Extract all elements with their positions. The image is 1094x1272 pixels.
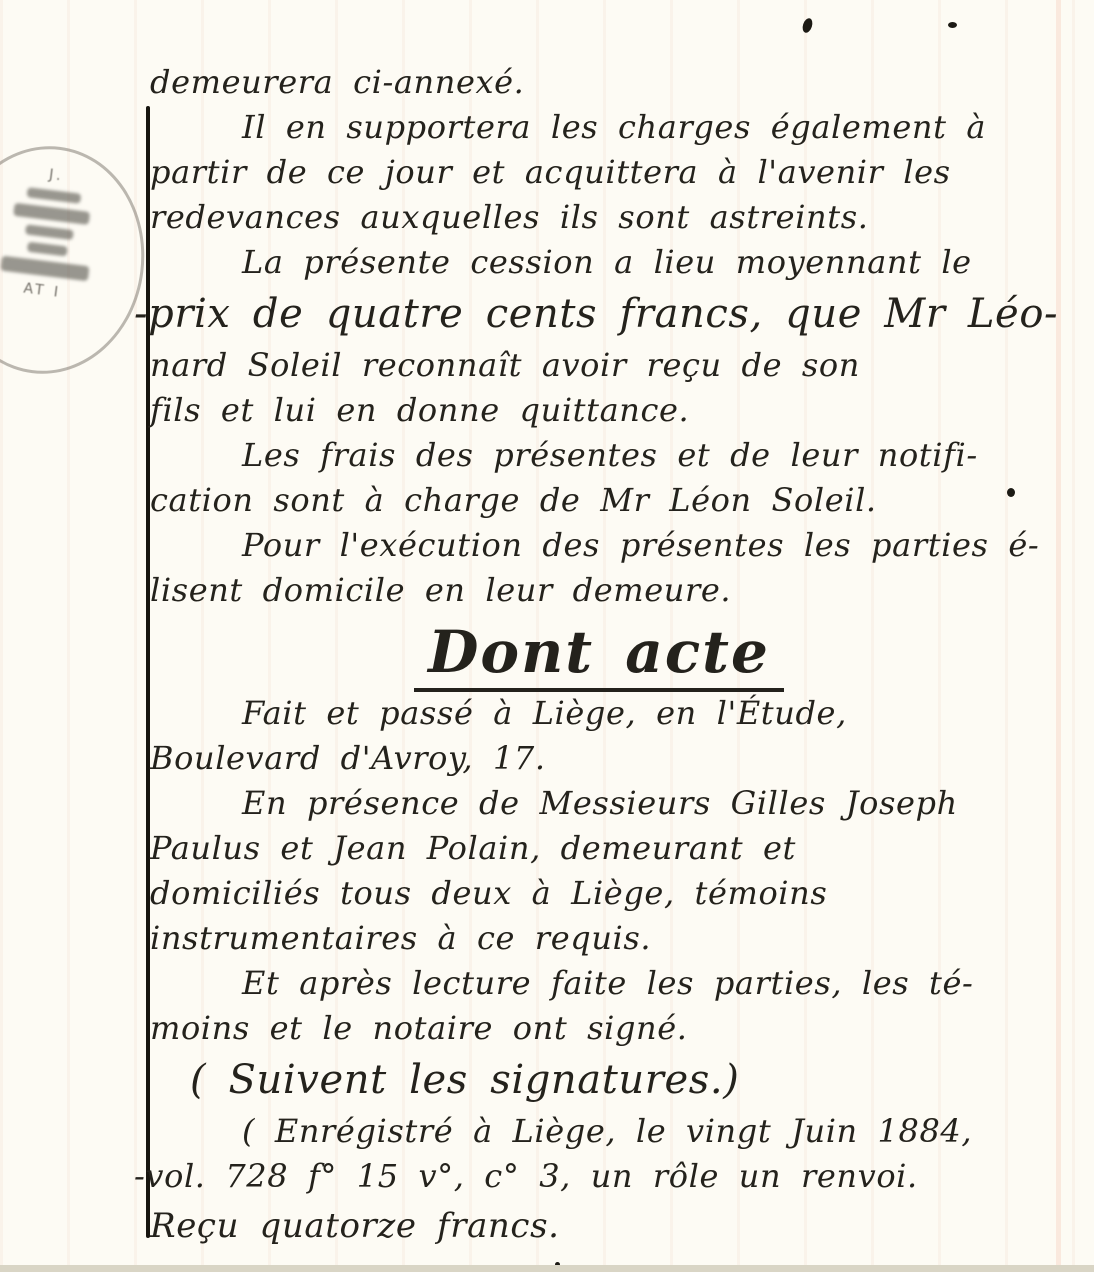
handwritten-line: partir de ce jour et acquittera à l'aven… — [150, 150, 1048, 195]
handwritten-text: demeurera ci-annexé. Il en supportera le… — [150, 60, 1048, 1253]
receipt-line: Reçu quatorze francs. — [150, 1199, 1048, 1253]
registration-line: ( Enrégistré à Liège, le vingt Juin 1884… — [150, 1109, 1048, 1154]
dont-acte-heading: Dont acte — [150, 613, 1048, 691]
handwritten-line: demeurera ci-annexé. — [150, 60, 1048, 105]
notary-stamp: J. AT I — [0, 135, 157, 385]
handwritten-line: lisent domicile en leur demeure. — [150, 568, 1048, 613]
handwritten-line: Et après lecture faite les parties, les … — [150, 961, 1048, 1006]
ink-speck — [948, 22, 957, 28]
stamp-smudge — [27, 242, 68, 257]
address-line: Boulevard d'Avroy, 17. — [150, 736, 1048, 781]
handwritten-line: Fait et passé à Liège, en l'Étude, — [150, 691, 1048, 736]
scan-bottom-edge — [0, 1265, 1094, 1272]
price-line: -prix de quatre cents francs, que Mr Léo… — [150, 285, 1048, 343]
handwritten-line: redevances auxquelles ils sont astreints… — [150, 195, 1048, 240]
handwritten-line: En présence de Messieurs Gilles Joseph — [150, 781, 1048, 826]
stamp-smudge — [27, 187, 82, 204]
handwritten-line: Il en supportera les charges également à — [150, 105, 1048, 150]
stamp-smudge — [25, 224, 74, 240]
handwritten-line: La présente cession a lieu moyennant le — [150, 240, 1048, 285]
ink-speck — [801, 17, 814, 34]
handwritten-line: Pour l'exécution des présentes les parti… — [150, 523, 1048, 568]
handwritten-line: fils et lui en donne quittance. — [150, 388, 1048, 433]
scan-streak — [1056, 0, 1061, 1272]
witnesses-line: Paulus et Jean Polain, demeurant et — [150, 826, 1048, 871]
signatures-line: ( Suivent les signatures.) — [150, 1051, 1048, 1109]
stamp-smudge — [0, 256, 89, 282]
handwritten-line: cation sont à charge de Mr Léon Soleil. — [150, 478, 1048, 523]
stamp-smudge — [13, 203, 90, 225]
registration-line: -vol. 728 f° 15 v°, c° 3, un rôle un ren… — [150, 1154, 1048, 1199]
handwritten-line: domiciliés tous deux à Liège, témoins — [150, 871, 1048, 916]
handwritten-line: moins et le notaire ont signé. — [150, 1006, 1048, 1051]
handwritten-line: Les frais des présentes et de leur notif… — [150, 433, 1048, 478]
ink-speck — [1007, 488, 1015, 497]
handwritten-line: nard Soleil reconnaît avoir reçu de son — [150, 343, 1048, 388]
stamp-fragment-top: J. — [0, 156, 152, 195]
handwritten-line: instrumentaires à ce requis. — [150, 916, 1048, 961]
